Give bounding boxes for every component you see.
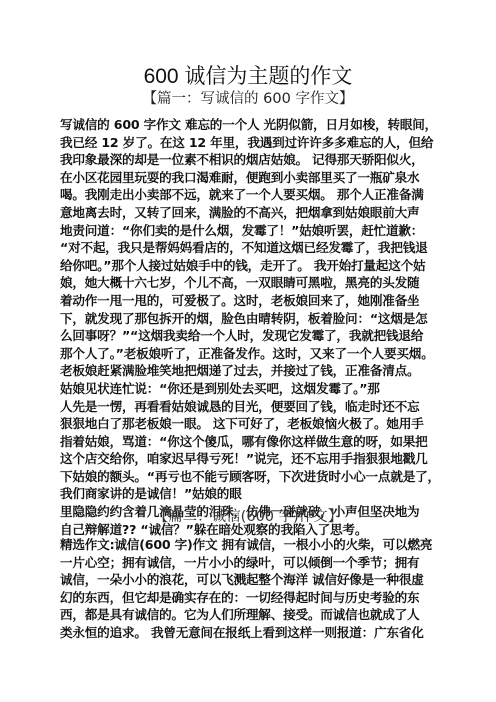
paragraph-line: 指着姑娘，骂道：“你这个傻瓜，哪有像你这样做生意的呀，如果把 — [60, 433, 460, 451]
paragraph-line: 精选作文:诚信(600 字)作文 拥有诚信，一根小小的火柴，可以燃亮 — [60, 536, 460, 554]
paragraph-line: 老板娘赶紧满脸堆笑地把烟递了过去，并接过了钱，正准备清点。 — [60, 362, 460, 380]
paragraph-line: 那个人了。”老板娘听了，正准备发作。这时，又来了一个人要买烟。 — [60, 345, 460, 363]
paragraph-line: 姑娘见状连忙说：“你还是到别处去买吧，这烟发霉了。”那 — [60, 380, 460, 398]
paragraph-line: 娘，她大概十六七岁，个儿不高，一双眼睛可黑啦，黑亮的头发随 — [60, 274, 460, 292]
paragraph-line: 一片心空；拥有诚信，一片小小的绿叶，可以倾倒一个季节；拥有 — [60, 554, 460, 572]
section-heading-1: 【篇一：写诚信的 600 字作文】 — [0, 90, 496, 108]
paragraph-line: 喝。我刚走出小卖部不远，就来了一个人要买烟。 那个人正准备满 — [60, 186, 460, 204]
paragraph-line: 人先是一愣，再看看姑娘诚恳的目光，便要回了钱，临走时还不忘 — [60, 398, 460, 416]
paragraph-line: 地责问道：“你们卖的是什么烟，发霉了！”姑娘听罢，赶忙道歉： — [60, 222, 460, 240]
paragraph-line: 这个店交给你，咱家迟早得亏死！”说完，还不忘用手指狠狠地戳几 — [60, 450, 460, 468]
section-body-2: 精选作文:诚信(600 字)作文 拥有诚信，一根小小的火柴，可以燃亮一片心空；拥… — [60, 536, 460, 642]
paragraph-line: 西，都是具有诚信的。它为人们所理解、接受。而诚信也就成了人 — [60, 606, 460, 624]
paragraph-line: 着动作一甩一甩的，可爱极了。这时，老板娘回来了，她刚准备坐 — [60, 292, 460, 310]
paragraph-line: 写诚信的 600 字作文 难忘的一个人 光阴似箭，日月如梭，转眼间， — [60, 116, 460, 134]
section-body-1: 写诚信的 600 字作文 难忘的一个人 光阴似箭，日月如梭，转眼间，我已经 12… — [60, 116, 460, 538]
paragraph-line: 下姑娘的额头。“再亏也不能亏顾客呀，下次进货时小心一点就是了， — [60, 468, 460, 486]
paragraph-line: 诚信，一朵小小的浪花，可以飞溅起整个海洋 诚信好像是一种很虚 — [60, 571, 460, 589]
document-page: 600 诚信为主题的作文 【篇一：写诚信的 600 字作文】 写诚信的 600 … — [0, 0, 496, 702]
document-title: 600 诚信为主题的作文 — [0, 64, 496, 90]
paragraph-line: 类永恒的追求。 我曾无意间在报纸上看到这样一则报道：广东省化 — [60, 624, 460, 642]
section-heading-2: 【篇二：诚信(600 字)作文】 — [0, 508, 496, 526]
paragraph-line: 我们商家讲的是诚信！”姑娘的眼 — [60, 485, 460, 503]
paragraph-line: 我已经 12 岁了。在这 12 年里，我遇到过许许多多难忘的人，但给 — [60, 134, 460, 152]
paragraph-line: 意地离去时，又转了回来，满脸的不高兴，把烟拿到姑娘眼前大声 — [60, 204, 460, 222]
paragraph-line: 么回事呀？”“这烟我卖给一个人时，发现它发霉了，我就把钱退给 — [60, 327, 460, 345]
paragraph-line: 狠狠地白了那老板娘一眼。 这下可好了，老板娘恼火极了。她用手 — [60, 415, 460, 433]
paragraph-line: 我印象最深的却是一位素不相识的烟店姑娘。 记得那天骄阳似火， — [60, 151, 460, 169]
paragraph-line: 下，就发现了那包拆开的烟，脸色由晴转阴，板着脸问：“这烟是怎 — [60, 310, 460, 328]
paragraph-line: 给你吧。”那个人接过姑娘手中的钱，走开了。 我开始打量起这个姑 — [60, 257, 460, 275]
paragraph-line: 幻的东西，但它却是确实存在的：一切经得起时间与历史考验的东 — [60, 589, 460, 607]
paragraph-line: 在小区花园里玩耍的我口渴难耐，便跑到小卖部里买了一瓶矿泉水 — [60, 169, 460, 187]
paragraph-line: “对不起，我只是帮妈妈看店的，不知道这烟已经发霉了，我把钱退 — [60, 239, 460, 257]
